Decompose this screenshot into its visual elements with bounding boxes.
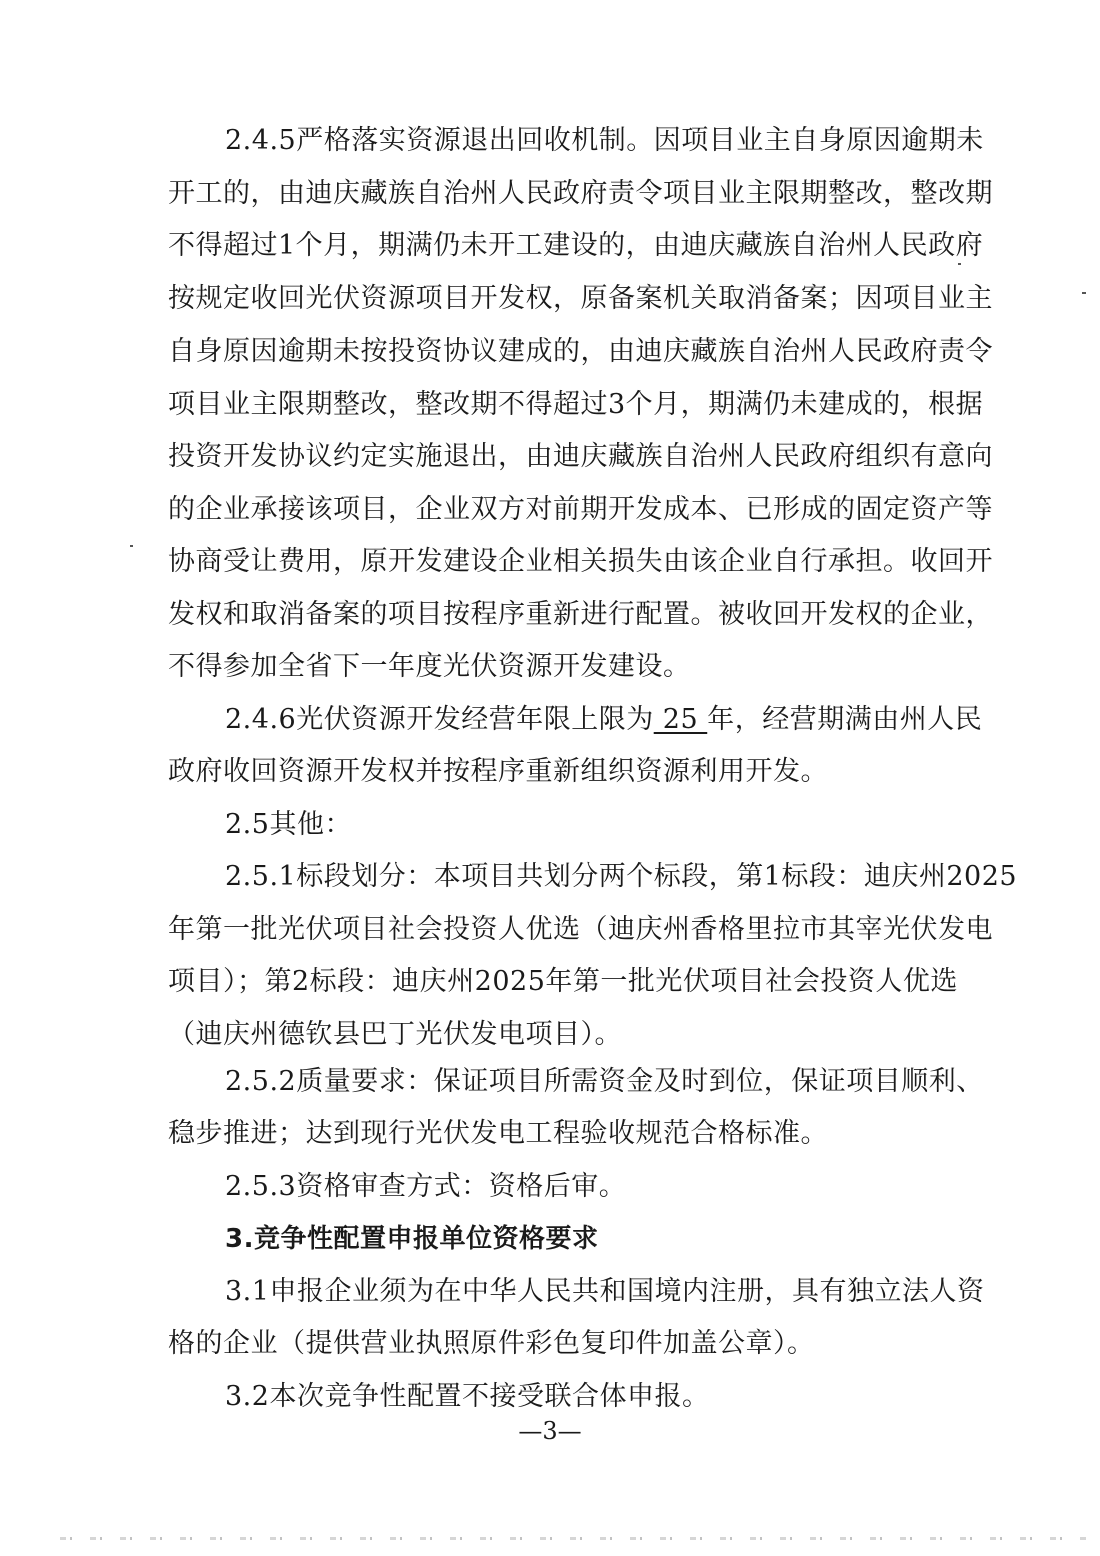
para-2-5-1-line-4: （迪庆州德钦县巴丁光伏发电项目）。 bbox=[168, 1016, 940, 1054]
para-2-4-6-prefix: 2.4.6光伏资源开发经营年限上限为 bbox=[225, 704, 654, 735]
para-2-4-5-line-4: 按规定收回光伏资源项目开发权，原备案机关取消备案；因项目业主 bbox=[168, 280, 940, 318]
para-2-4-5-line-9: 协商受让费用，原开发建设企业相关损失由该企业自行承担。收回开 bbox=[168, 543, 940, 581]
para-2-5-1-line-3: 项目）；第2标段：迪庆州2025年第一批光伏项目社会投资人优选 bbox=[168, 963, 940, 1001]
para-3-1-line-1: 3.1申报企业须为在中华人民共和国境内注册，具有独立法人资 bbox=[225, 1273, 940, 1311]
document-page: 2.4.5严格落实资源退出回收机制。因项目业主自身原因逾期未 开工的，由迪庆藏族… bbox=[0, 0, 1100, 1556]
para-2-4-5-line-11: 不得参加全省下一年度光伏资源开发建设。 bbox=[168, 648, 940, 686]
para-2-5-2-line-1: 2.5.2质量要求：保证项目所需资金及时到位，保证项目顺利、 bbox=[225, 1063, 940, 1101]
para-2-4-5-line-7: 投资开发协议约定实施退出，由迪庆藏族自治州人民政府组织有意向 bbox=[168, 438, 940, 476]
para-2-4-6-line-2: 政府收回资源开发权并按程序重新组织资源利用开发。 bbox=[168, 753, 940, 791]
para-2-5: 2.5其他： bbox=[225, 806, 940, 844]
para-2-5-1-line-2: 年第一批光伏项目社会投资人优选（迪庆州香格里拉市其宰光伏发电 bbox=[168, 911, 940, 949]
scan-speck bbox=[1082, 292, 1086, 294]
section-3-heading: 3.竞争性配置申报单位资格要求 bbox=[225, 1220, 940, 1258]
para-2-4-5-line-3: 不得超过1个月，期满仍未开工建设的，由迪庆藏族自治州人民政府 bbox=[168, 227, 940, 265]
scan-speck bbox=[958, 263, 961, 265]
para-2-4-5-line-6: 项目业主限期整改，整改期不得超过3个月，期满仍未建成的，根据 bbox=[168, 386, 940, 424]
para-2-4-5-line-5: 自身原因逾期未按投资协议建成的，由迪庆藏族自治州人民政府责令 bbox=[168, 333, 940, 371]
para-2-4-6-suffix: 年，经营期满由州人民 bbox=[707, 704, 982, 735]
para-2-5-2-line-2: 稳步推进；达到现行光伏发电工程验收规范合格标准。 bbox=[168, 1115, 940, 1153]
page-number: —3— bbox=[0, 1416, 1100, 1446]
para-2-4-5-line-2: 开工的，由迪庆藏族自治州人民政府责令项目业主限期整改，整改期 bbox=[168, 175, 940, 213]
operating-years-value: 25 bbox=[654, 704, 708, 735]
para-2-5-1-line-1: 2.5.1标段划分：本项目共划分两个标段，第1标段：迪庆州2025 bbox=[225, 858, 940, 896]
scan-edge-artifact bbox=[60, 1537, 1090, 1540]
para-2-4-5-line-1: 2.4.5严格落实资源退出回收机制。因项目业主自身原因逾期未 bbox=[225, 122, 940, 160]
scan-speck bbox=[130, 545, 133, 547]
para-3-1-line-2: 格的企业（提供营业执照原件彩色复印件加盖公章）。 bbox=[168, 1325, 940, 1363]
para-2-4-5-line-8: 的企业承接该项目，企业双方对前期开发成本、已形成的固定资产等 bbox=[168, 491, 940, 529]
para-2-4-5-line-10: 发权和取消备案的项目按程序重新进行配置。被收回开发权的企业， bbox=[168, 596, 940, 634]
para-2-4-6-line-1: 2.4.6光伏资源开发经营年限上限为 25 年，经营期满由州人民 bbox=[225, 701, 940, 739]
para-2-5-3: 2.5.3资格审查方式：资格后审。 bbox=[225, 1168, 940, 1206]
para-3-2: 3.2本次竞争性配置不接受联合体申报。 bbox=[225, 1378, 940, 1416]
